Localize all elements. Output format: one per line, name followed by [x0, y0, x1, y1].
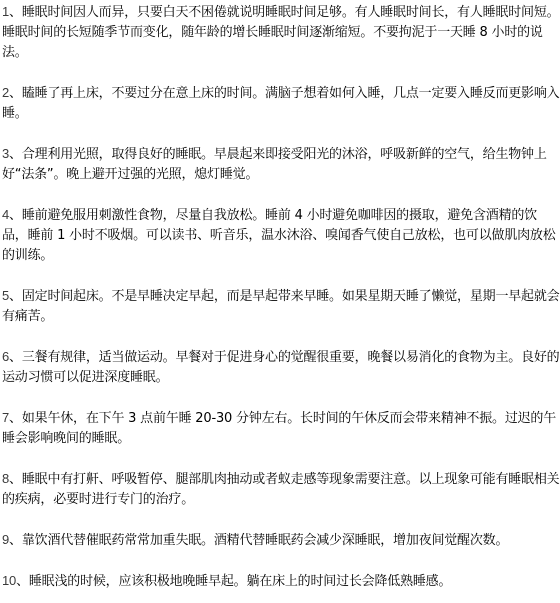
tip-paragraph-3: 3、合理利用光照，取得良好的睡眠。早晨起来即接受阳光的沐浴，呼吸新鲜的空气，给生…	[2, 144, 560, 185]
tip-paragraph-4: 4、睡前避免服用刺激性食物，尽量自我放松。睡前 4 小时避免咖啡因的摄取，避免含…	[2, 205, 560, 266]
tip-text: 靠饮酒代替催眠药常常加重失眠。酒精代替睡眠药会减少深睡眠，增加夜间觉醒次数。	[22, 533, 508, 548]
tip-paragraph-9: 9、靠饮酒代替催眠药常常加重失眠。酒精代替睡眠药会减少深睡眠，增加夜间觉醒次数。	[2, 530, 560, 551]
tip-number: 4	[2, 207, 9, 222]
tip-text: 合理利用光照，取得良好的睡眠。早晨起来即接受阳光的沐浴，呼吸新鲜的空气，给生物钟…	[2, 147, 547, 182]
tip-separator: 、	[9, 411, 22, 426]
tip-number: 1	[2, 4, 9, 19]
tip-text: 如果午休，在下午 3 点前午睡 20-30 分钟左右。长时间的午休反而会带来精神…	[2, 411, 556, 446]
tip-paragraph-1: 1、睡眠时间因人而异，只要白天不困倦就说明睡眠时间足够。有人睡眠时间长，有人睡眠…	[2, 2, 560, 63]
tip-text: 三餐有规律，适当做运动。早餐对于促进身心的觉醒很重要，晚餐以易消化的食物为主。良…	[2, 350, 559, 385]
tip-separator: 、	[9, 533, 22, 548]
tip-separator: 、	[9, 147, 22, 162]
tip-number: 2	[2, 85, 9, 100]
tip-number: 3	[2, 146, 9, 161]
tip-text: 睡前避免服用刺激性食物，尽量自我放松。睡前 4 小时避免咖啡因的摄取，避免含酒精…	[2, 208, 556, 263]
tip-separator: 、	[9, 5, 22, 20]
tip-number: 5	[2, 288, 9, 303]
tip-number: 6	[2, 349, 9, 364]
tip-number: 9	[2, 532, 9, 547]
tip-text: 睡眠中有打鼾、呼吸暂停、腿部肌肉抽动或者蚁走感等现象需要注意。以上现象可能有睡眠…	[2, 472, 559, 507]
tip-text: 睡眠时间因人而异，只要白天不困倦就说明睡眠时间足够。有人睡眠时间长，有人睡眠时间…	[2, 5, 559, 60]
tip-paragraph-5: 5、固定时间起床。不是早睡决定早起，而是早起带来早睡。如果星期天睡了懒觉，星期一…	[2, 286, 560, 327]
tip-paragraph-6: 6、三餐有规律，适当做运动。早餐对于促进身心的觉醒很重要，晚餐以易消化的食物为主…	[2, 347, 560, 388]
tip-number: 8	[2, 471, 9, 486]
tip-paragraph-2: 2、瞌睡了再上床，不要过分在意上床的时间。满脑子想着如何入睡，几点一定要入睡反而…	[2, 83, 560, 124]
tip-separator: 、	[9, 208, 22, 223]
tip-paragraph-8: 8、睡眠中有打鼾、呼吸暂停、腿部肌肉抽动或者蚁走感等现象需要注意。以上现象可能有…	[2, 469, 560, 510]
tip-paragraph-10: 10、睡眠浅的时候，应该积极地晚睡早起。躺在床上的时间过长会降低熟睡感。	[2, 571, 560, 592]
tip-text: 睡眠浅的时候，应该积极地晚睡早起。躺在床上的时间过长会降低熟睡感。	[29, 574, 451, 589]
tip-separator: 、	[16, 574, 29, 589]
tip-separator: 、	[9, 350, 22, 365]
tip-text: 瞌睡了再上床，不要过分在意上床的时间。满脑子想着如何入睡，几点一定要入睡反而更影…	[2, 86, 559, 121]
tip-separator: 、	[9, 472, 22, 487]
tip-number: 10	[2, 573, 16, 588]
tip-separator: 、	[9, 289, 22, 304]
tip-paragraph-7: 7、如果午休，在下午 3 点前午睡 20-30 分钟左右。长时间的午休反而会带来…	[2, 408, 560, 449]
tip-text: 固定时间起床。不是早睡决定早起，而是早起带来早睡。如果星期天睡了懒觉，星期一早起…	[2, 289, 559, 324]
tip-number: 7	[2, 410, 9, 425]
tip-separator: 、	[9, 86, 22, 101]
sleep-tips-document: 1、睡眠时间因人而异，只要白天不困倦就说明睡眠时间足够。有人睡眠时间长，有人睡眠…	[0, 0, 560, 592]
